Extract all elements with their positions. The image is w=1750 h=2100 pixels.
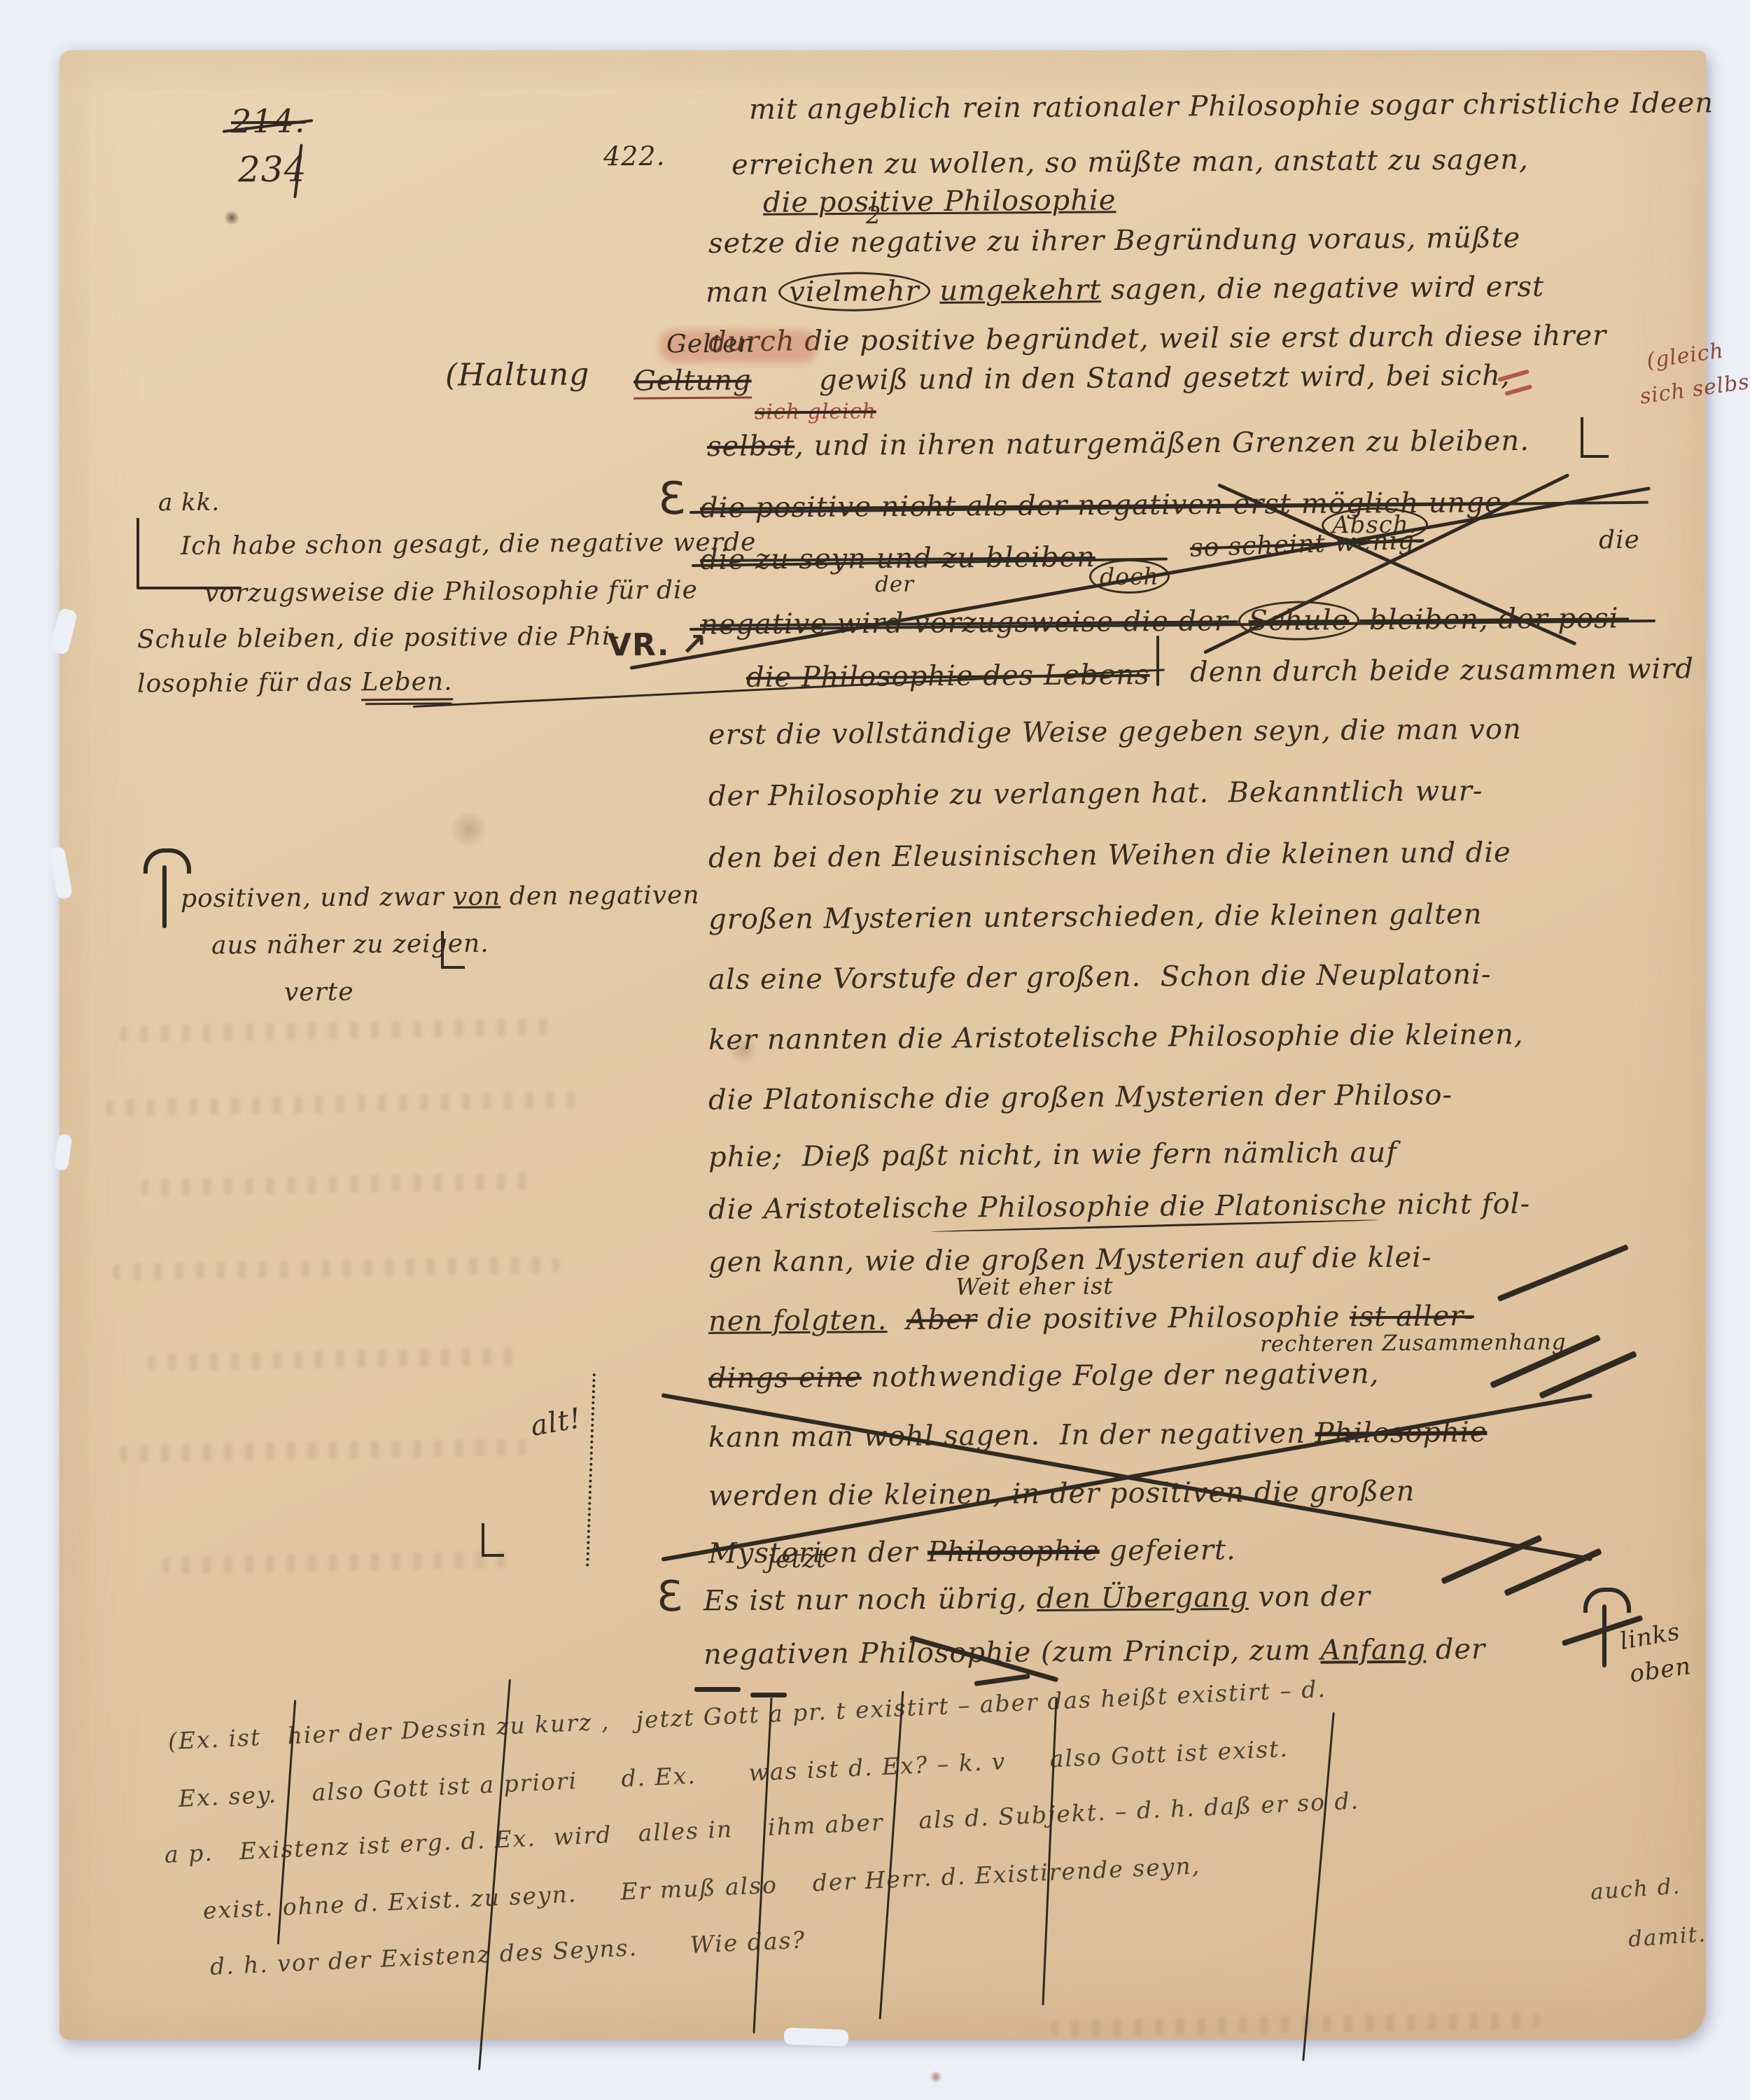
foxing-stain	[448, 812, 490, 847]
word	[930, 275, 939, 307]
red-struck-insertion: sich gleich	[755, 400, 876, 423]
interlinear-correction: Gelten	[666, 330, 755, 358]
text: den negativen	[500, 881, 700, 911]
struck-word: Aber	[906, 1303, 978, 1336]
insert-bracket	[482, 1523, 504, 1557]
interlinear-correction: Weit eher ist	[955, 1273, 1114, 1300]
underlined-word: von	[453, 882, 500, 911]
underlined-phrase: den Übergang	[1037, 1581, 1249, 1615]
manuscript-line: mit angeblich rein rationaler Philosophi…	[749, 87, 1714, 125]
paper-tear	[784, 2027, 849, 2046]
struck-word-text: Geltung	[633, 364, 752, 399]
manuscript-line: selbst, und in ihren naturgemäßen Grenze…	[707, 426, 1529, 462]
margin-note-line: positiven, und zwar von den negativen	[181, 881, 700, 913]
manuscript-line: der Philosophie zu verlangen hat. Bekann…	[708, 776, 1483, 812]
margin-siglum: a kk.	[158, 490, 220, 517]
pen-tick	[1156, 636, 1159, 686]
manuscript-line: die Aristotelische Philosophie die Plato…	[708, 1189, 1530, 1225]
text: der	[1426, 1633, 1485, 1666]
foxing-stain	[930, 2071, 942, 2083]
red-struck-text: sich gleich	[755, 399, 876, 424]
insert-bracket	[441, 931, 465, 969]
margin-note-line: vorzugsweise die Philosophie für die	[204, 577, 698, 608]
inserted-phrase: die positive Philosophie	[763, 184, 1116, 219]
text: negativen Philosophie	[703, 1637, 1041, 1671]
margin-note-line: Schule bleiben, die positive die Phi-	[137, 623, 620, 654]
insert-bracket	[1581, 417, 1609, 458]
text: (zum Princip, zum	[1041, 1634, 1321, 1669]
manuscript-line: ker nannten die Aristotelische Philosoph…	[708, 1019, 1524, 1056]
margin-note-line: Ich habe schon gesagt, die negative werd…	[181, 528, 757, 560]
manuscript-scan: 214. 234 422. mit angeblich rein rationa…	[0, 0, 1750, 2100]
struck-word: dings eine	[708, 1361, 862, 1395]
emphasis-dash	[750, 1693, 787, 1697]
manuscript-line: dings eine nothwendige Folge der negativ…	[708, 1359, 1380, 1394]
struck-word: selbst	[707, 430, 795, 463]
underlined-word: Anfang	[1320, 1634, 1426, 1667]
manuscript-line: die positive Philosophie	[763, 185, 1116, 218]
text: nothwendige Folge der negativen,	[862, 1358, 1380, 1394]
margin-note-verte: verte	[284, 979, 354, 1007]
text: die positive Philosophie	[977, 1301, 1350, 1336]
circled-struck-word: Schule	[1238, 601, 1359, 640]
manuscript-line: phie; Dieß paßt nicht, in wie fern nämli…	[708, 1137, 1397, 1173]
struck-word: Geltung	[633, 365, 752, 396]
manuscript-line: setze die negative zu ihrer Begründung v…	[708, 223, 1521, 259]
superscript-mark: 2	[866, 203, 882, 230]
text: Es ist nur noch übrig,	[703, 1583, 1037, 1617]
margin-note-line: losophie für das Leben.	[137, 668, 453, 698]
manuscript-line: Es ist nur noch übrig, den Übergang von …	[703, 1581, 1371, 1617]
manuscript-line: man vielmehr umgekehrt sagen, die negati…	[706, 272, 1544, 308]
manuscript-line: erst die vollständige Weise gegeben seyn…	[708, 714, 1522, 750]
manuscript-line: gewiß und in den Stand gesetzt wird, bei…	[819, 360, 1511, 396]
interlinear-word: der	[875, 573, 914, 596]
manuscript-line: den bei den Eleusinischen Weihen die kle…	[708, 837, 1511, 874]
interlinear-correction: jetzt	[767, 1546, 827, 1574]
manuscript-line: erreichen zu wollen, so müßte man, ansta…	[731, 144, 1529, 181]
manuscript-line: großen Mysterien unterschieden, die klei…	[708, 899, 1483, 935]
text: losophie für das	[137, 668, 362, 698]
bottom-note-fragment: damit.	[1627, 1922, 1707, 1952]
text: positiven, und zwar	[181, 883, 453, 913]
struck-text: die zu seyn und zu bleiben	[700, 541, 1095, 576]
struck-line: die zu seyn und zu bleiben	[700, 542, 1095, 575]
manuscript-line: durch die positive begründet, weil sie e…	[708, 321, 1606, 358]
double-underlined-word: Leben.	[361, 667, 453, 701]
circled-word: vielmehr	[778, 272, 930, 312]
word: die	[1599, 526, 1640, 554]
struck-word: Philosophie	[927, 1535, 1100, 1569]
text: kann man wohl sagen. In der negativen	[708, 1417, 1315, 1454]
text: von der	[1248, 1581, 1371, 1613]
text: gefeiert.	[1100, 1534, 1236, 1567]
word: sagen, die negative wird erst	[1101, 271, 1544, 306]
struck-word: Philosophie	[1315, 1416, 1487, 1450]
manuscript-line: werden die kleinen, in der positiven die…	[708, 1476, 1415, 1511]
interlinear-correction: rechteren Zusammenhang	[1260, 1330, 1567, 1356]
struck-word: ist aller-	[1350, 1300, 1474, 1333]
gap	[887, 1304, 906, 1336]
manuscript-line: denn durch beide zusammen wird	[1190, 653, 1694, 687]
emphasis-dash	[694, 1687, 741, 1692]
word: man	[706, 276, 779, 309]
foxing-stain	[224, 210, 239, 225]
manuscript-line: negativen Philosophie (zum Princip, zum …	[703, 1634, 1485, 1670]
underlined-word: umgekehrt	[939, 274, 1101, 307]
line-rest: , und in ihren naturgemäßen Grenzen zu b…	[794, 425, 1529, 462]
margin-correction: (Haltung	[445, 358, 590, 393]
paragraph-mark: Ɛ	[657, 1574, 683, 1620]
struck-text: bleiben, der posi-	[1359, 602, 1629, 636]
underlined-phrase: nen folgten.	[708, 1304, 888, 1338]
manuscript-line: die Platonische die großen Mysterien der…	[708, 1079, 1452, 1115]
manuscript-line: als eine Vorstufe der großen. Schon die …	[708, 959, 1492, 995]
paragraph-mark: Ɛ	[658, 475, 687, 524]
sheet-number: 422.	[603, 142, 666, 171]
